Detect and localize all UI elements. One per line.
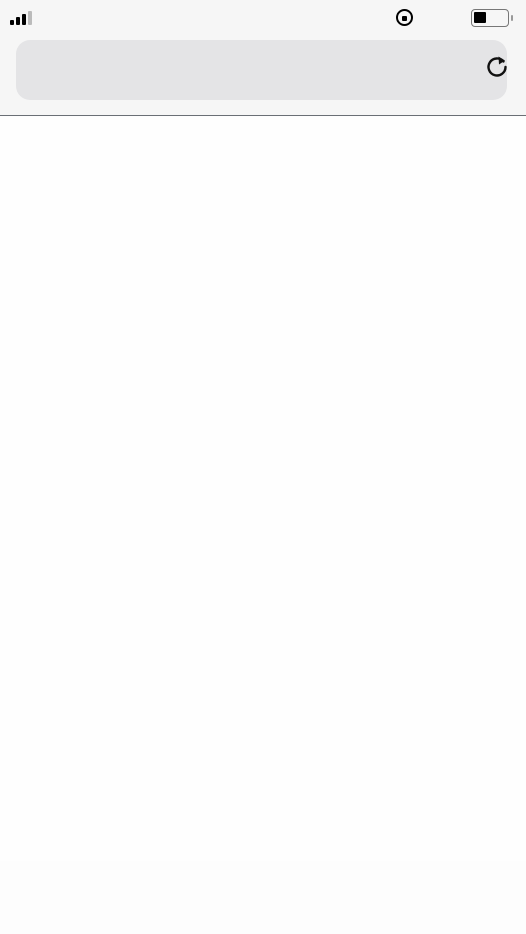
url-field[interactable] [16, 40, 507, 100]
battery-icon [471, 9, 509, 27]
signal-icon [10, 11, 32, 25]
status-bar [0, 0, 526, 36]
reload-icon[interactable] [484, 53, 510, 79]
press-release-document [0, 117, 526, 861]
orientation-lock-icon [396, 9, 413, 26]
browser-navbar [0, 36, 526, 116]
